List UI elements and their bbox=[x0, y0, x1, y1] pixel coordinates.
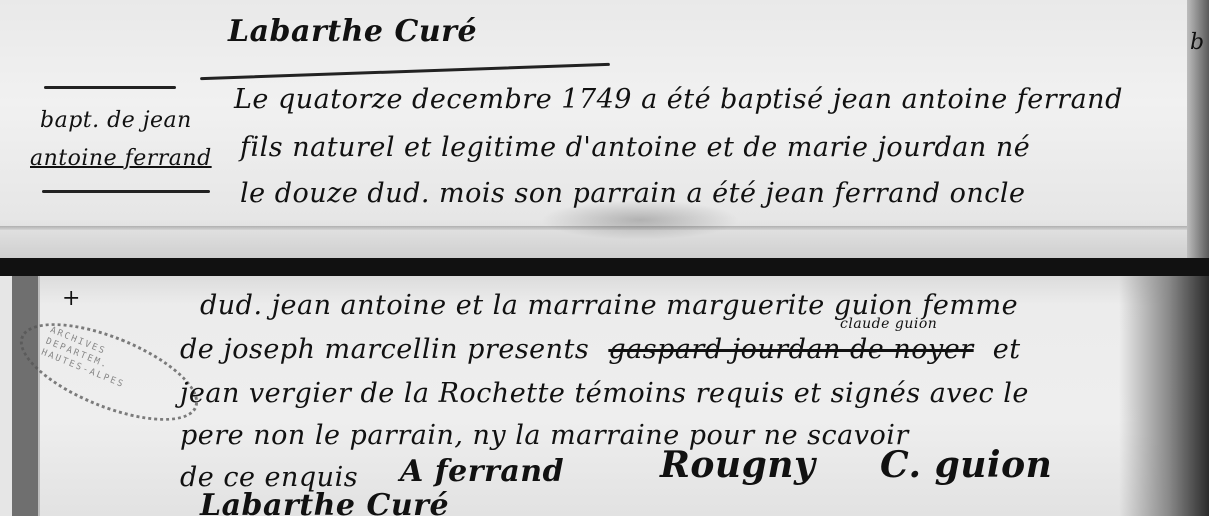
right-edge-fragment: b bbox=[1190, 30, 1205, 55]
torn-page-edge bbox=[1119, 276, 1209, 516]
struck-through-name: gaspard jourdan de noyer bbox=[608, 334, 973, 365]
margin-note-line-1: bapt. de jean bbox=[40, 108, 192, 133]
entry-line-5: de joseph marcellin presents gaspard jou… bbox=[180, 334, 1021, 365]
upper-register-page: Labarthe Curé bapt. de jean antoine ferr… bbox=[0, 0, 1209, 258]
lower-register-page: ARCHIVES DEPARTEM. HAUTES-ALPES + dud. j… bbox=[0, 276, 1209, 516]
entry-line-6: jean vergier de la Rochette témoins requ… bbox=[180, 378, 1029, 409]
signature-underline bbox=[200, 63, 610, 80]
entry-line-1: Le quatorze decembre 1749 a été baptisé … bbox=[234, 84, 1123, 115]
margin-cross-mark: + bbox=[62, 286, 81, 311]
inserted-correction: claude guion bbox=[840, 316, 937, 332]
entry-line-2: fils naturel et legitime d'antoine et de… bbox=[240, 132, 1030, 163]
margin-separator-rule bbox=[44, 86, 176, 89]
signature-rougny: Rougny bbox=[660, 444, 815, 486]
signature-priest: Labarthe Curé bbox=[200, 488, 449, 516]
signature-ferrand: A ferrand bbox=[400, 454, 564, 489]
signature-guion: C. guion bbox=[880, 444, 1052, 486]
entry-line-5-text: de joseph marcellin presents bbox=[180, 334, 589, 365]
margin-note-rule bbox=[42, 190, 210, 193]
margin-note-line-2: antoine ferrand bbox=[30, 146, 212, 171]
preceding-priest-signature: Labarthe Curé bbox=[228, 14, 477, 49]
binding-margin bbox=[0, 276, 40, 516]
entry-line-3: le douze dud. mois son parrain a été jea… bbox=[240, 178, 1025, 209]
entry-line-5-trailing: et bbox=[993, 334, 1021, 365]
